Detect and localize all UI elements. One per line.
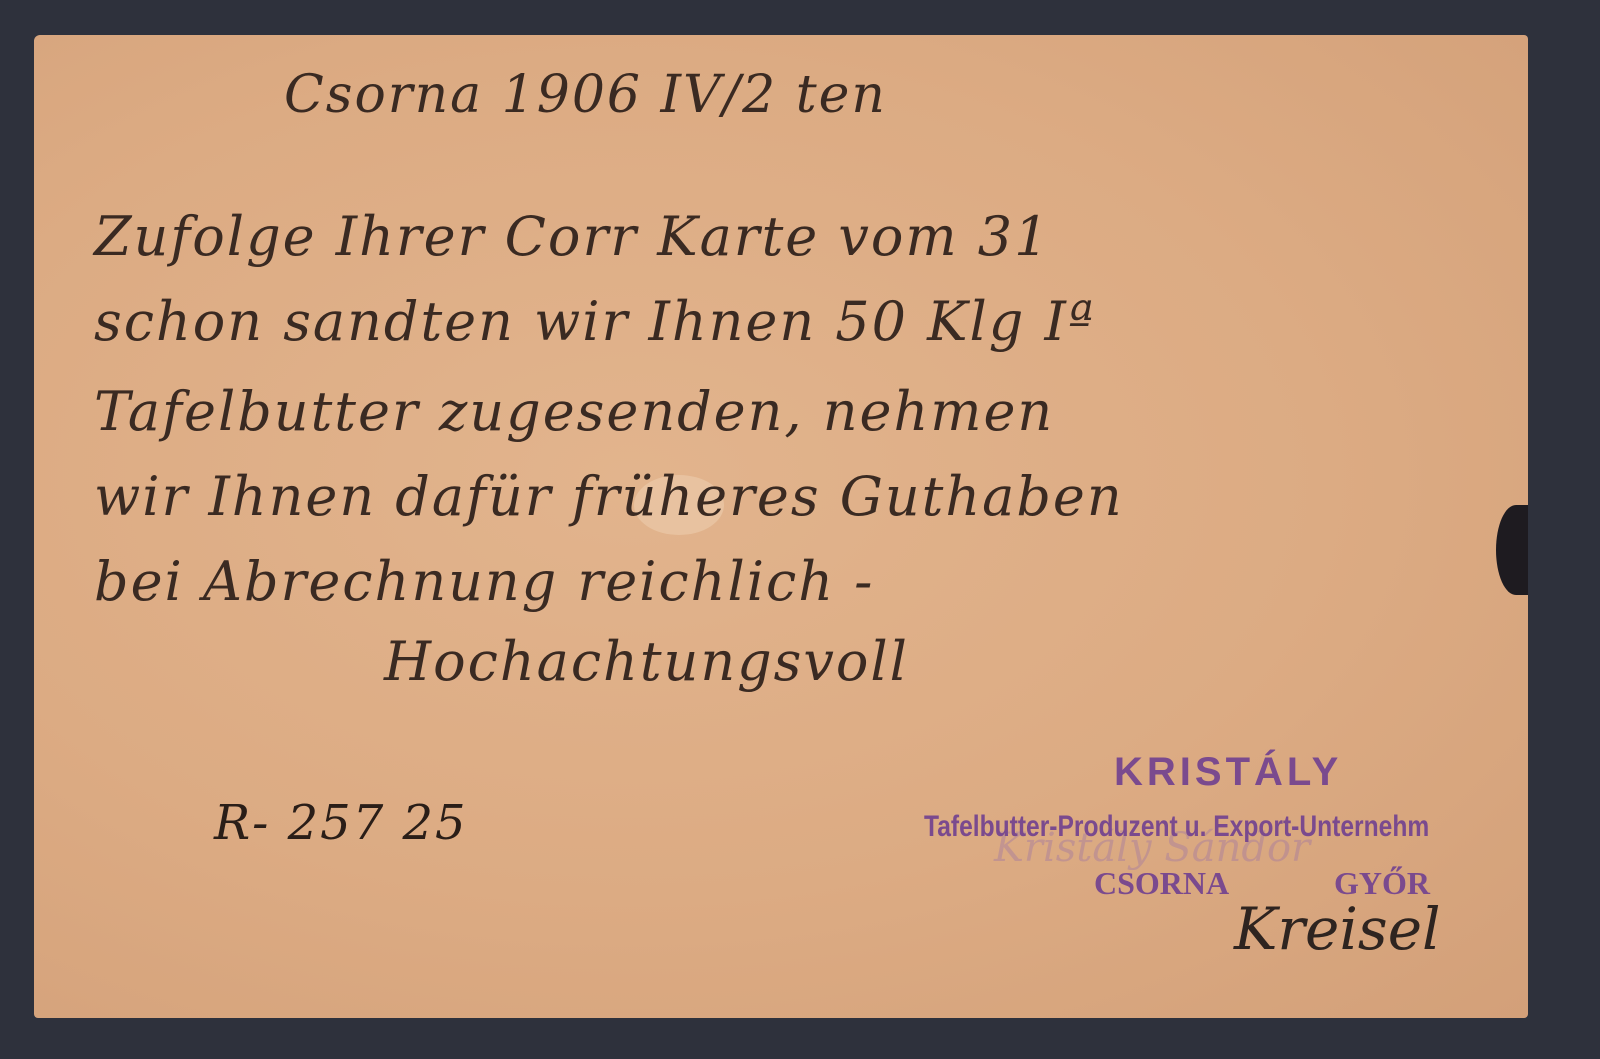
postcard: Csorna 1906 IV/2 ten Zufolge Ihrer Corr … <box>34 35 1528 1018</box>
signature: Kreisel <box>1234 895 1441 963</box>
stamp-subtitle: Tafelbutter-Produzent u. Export-Unterneh… <box>924 810 1528 844</box>
body-line-5: bei Abrechnung reichlich - <box>94 550 874 613</box>
stamp-title: KRISTÁLY <box>1114 750 1342 795</box>
closing-line: Hochachtungsvoll <box>384 630 909 693</box>
ink-blot <box>1496 505 1528 595</box>
body-line-3: Tafelbutter zugesenden, nehmen <box>94 380 1054 443</box>
stamp-city-left: CSORNA <box>1094 865 1229 902</box>
body-line-2: schon sandten wir Ihnen 50 Klg Iª <box>94 290 1096 353</box>
body-line-1: Zufolge Ihrer Corr Karte vom 31 <box>94 205 1051 268</box>
date-line: Csorna 1906 IV/2 ten <box>284 65 887 125</box>
reference-note: R- 257 25 <box>214 795 468 851</box>
body-line-4: wir Ihnen dafür früheres Guthaben <box>94 465 1124 528</box>
